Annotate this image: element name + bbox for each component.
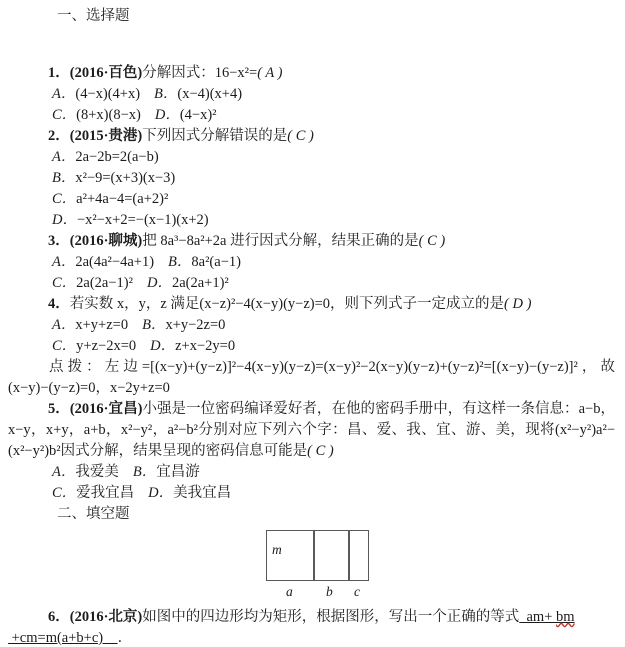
question-4-stem: 若实数 x，y，z 满足(x−z)²−4(x−y)(y−z)=0，则下列式子一定… — [70, 296, 504, 312]
question-3-number: 3． — [48, 233, 70, 249]
question-4-answer: ( D ) — [504, 296, 531, 312]
option-text-C: a²+4a−4=(a+2)² — [76, 191, 168, 207]
option-label-C: C． — [52, 485, 76, 501]
figure-label-m: m — [272, 542, 282, 557]
option-label-B: B． — [154, 86, 177, 102]
hint-label: 点拨： — [49, 359, 105, 375]
answer-blank-post: +cm=m(a+b+c) — [8, 630, 118, 646]
question-5-source: (2016·宜昌) — [70, 401, 143, 417]
question-2: 2．(2015·贵港)下列因式分解错误的是( C ) — [8, 126, 615, 147]
option-text-C: 2a(2a−1)² — [76, 275, 133, 291]
figure-label-c: c — [354, 581, 360, 602]
figure-label-b: b — [326, 581, 333, 602]
answer-blank-wavy-part: bm — [556, 609, 575, 625]
question-1-stem: 分解因式：16−x²= — [142, 65, 257, 81]
question-3-answer: ( C ) — [419, 233, 446, 249]
option-text-B: x²−9=(x+3)(x−3) — [75, 170, 175, 186]
question-2-option-A: A．2a−2b=2(a−b) — [52, 147, 615, 168]
question-1-source: (2016·百色) — [70, 65, 143, 81]
question-3: 3．(2016·聊城)把 8a³−8a²+2a 进行因式分解，结果正确的是( C… — [8, 231, 615, 252]
question-6: 6．(2016·北京)如图中的四边形均为矩形，根据图形，写出一个正确的等式 am… — [8, 607, 615, 647]
option-text-D: z+x−2y=0 — [175, 338, 235, 354]
option-text-A: 我爱美 — [75, 464, 119, 480]
option-text-B: 8a²(a−1) — [191, 254, 241, 270]
figure-outer-rectangle: m — [266, 530, 369, 581]
question-3-stem: 把 8a³−8a²+2a 进行因式分解，结果正确的是 — [142, 233, 418, 249]
question-1-answer: ( A ) — [257, 65, 282, 81]
question-5-answer: ( C ) — [307, 443, 334, 459]
question-4-options-row-2: C．y+z−2x=0D．z+x−2y=0 — [52, 336, 615, 357]
question-2-answer: ( C ) — [287, 128, 314, 144]
option-label-C: C． — [52, 275, 76, 291]
option-label-A: A． — [52, 149, 75, 165]
question-5-options-row-2: C．爱我宜昌D．美我宜昌 — [52, 483, 615, 504]
option-text-A: x+y+z=0 — [75, 317, 128, 333]
option-label-B: B． — [168, 254, 191, 270]
answer-blank: am+ bm — [519, 609, 574, 625]
worksheet-page: 一、选择题 1．(2016·百色)分解因式：16−x²=( A ) A．(4−x… — [0, 0, 625, 647]
option-label-B: B． — [142, 317, 165, 333]
option-label-B: B． — [133, 464, 156, 480]
section-heading-fill: 二、填空题 — [57, 504, 615, 525]
question-3-options-row-2: C．2a(2a−1)²D．2a(2a+1)² — [52, 273, 615, 294]
figure-label-a: a — [286, 581, 293, 602]
question-6-period: ． — [118, 630, 133, 646]
question-5: 5．(2016·宜昌)小强是一位密码编译爱好者，在他的密码手册中，有这样一条信息… — [8, 399, 615, 462]
question-1: 1．(2016·百色)分解因式：16−x²=( A ) — [8, 63, 615, 84]
option-text-D: 美我宜昌 — [173, 485, 231, 501]
question-1-options-row-1: A．(4−x)(4+x)B．(x−4)(x+4) — [52, 84, 615, 105]
question-2-option-C: C．a²+4a−4=(a+2)² — [52, 189, 615, 210]
section-heading-choice: 一、选择题 — [57, 6, 615, 27]
option-label-C: C． — [52, 107, 76, 123]
option-text-D: (4−x)² — [180, 107, 217, 123]
figure-divider-2 — [348, 531, 350, 580]
question-2-option-B: B．x²−9=(x+3)(x−3) — [52, 168, 615, 189]
option-text-A: 2a−2b=2(a−b) — [75, 149, 158, 165]
option-label-C: C． — [52, 191, 76, 207]
answer-blank-pre: am+ — [519, 609, 556, 625]
option-text-C: y+z−2x=0 — [76, 338, 136, 354]
option-label-D: D． — [148, 485, 173, 501]
question-2-number: 2． — [48, 128, 70, 144]
answer-blank-line-2: +cm=m(a+b+c) — [8, 630, 118, 646]
question-1-options-row-2: C．(8+x)(8−x)D．(4−x)² — [52, 105, 615, 126]
option-text-B: x+y−2z=0 — [165, 317, 225, 333]
option-label-D: D． — [52, 212, 77, 228]
option-text-A: 2a(4a²−4a+1) — [75, 254, 154, 270]
option-label-B: B． — [52, 170, 75, 186]
option-label-D: D． — [150, 338, 175, 354]
question-2-source: (2015·贵港) — [70, 128, 143, 144]
question-3-options-row-1: A．2a(4a²−4a+1)B．8a²(a−1) — [52, 252, 615, 273]
option-text-D: −x²−x+2=−(x−1)(x+2) — [77, 212, 209, 228]
question-2-stem: 下列因式分解错误的是 — [142, 128, 287, 144]
option-label-A: A． — [52, 464, 75, 480]
rectangles-figure: m a b c — [266, 528, 386, 603]
question-5-number: 5． — [48, 401, 70, 417]
option-label-A: A． — [52, 86, 75, 102]
option-text-D: 2a(2a+1)² — [172, 275, 229, 291]
option-text-C: (8+x)(8−x) — [76, 107, 141, 123]
question-4-number: 4． — [48, 296, 70, 312]
question-4-hint: 点拨：左边=[(x−y)+(y−z)]²−4(x−y)(y−z)=(x−y)²−… — [8, 357, 615, 399]
question-5-options-row-1: A．我爱美B．宜昌游 — [52, 462, 615, 483]
question-3-source: (2016·聊城) — [70, 233, 143, 249]
option-label-A: A． — [52, 254, 75, 270]
option-label-D: D． — [147, 275, 172, 291]
option-text-B: 宜昌游 — [156, 464, 200, 480]
question-6-stem: 如图中的四边形均为矩形，根据图形，写出一个正确的等式 — [142, 609, 519, 625]
question-2-option-D: D．−x²−x+2=−(x−1)(x+2) — [52, 210, 615, 231]
question-1-number: 1． — [48, 65, 70, 81]
option-text-C: 爱我宜昌 — [76, 485, 134, 501]
option-text-B: (x−4)(x+4) — [177, 86, 242, 102]
figure-divider-1 — [313, 531, 315, 580]
question-6-number: 6． — [48, 609, 70, 625]
question-6-source: (2016·北京) — [70, 609, 143, 625]
option-text-A: (4−x)(4+x) — [75, 86, 140, 102]
question-4-options-row-1: A．x+y+z=0B．x+y−2z=0 — [52, 315, 615, 336]
option-label-C: C． — [52, 338, 76, 354]
question-4: 4．若实数 x，y，z 满足(x−z)²−4(x−y)(y−z)=0，则下列式子… — [8, 294, 615, 315]
option-label-A: A． — [52, 317, 75, 333]
option-label-D: D． — [155, 107, 180, 123]
